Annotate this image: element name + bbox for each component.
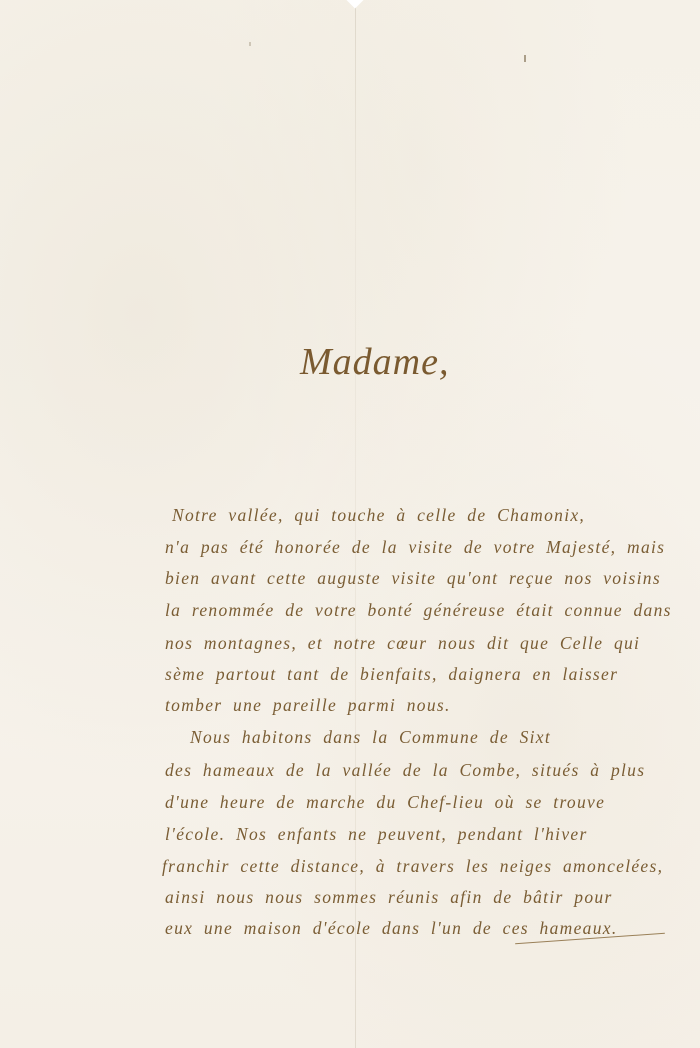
letter-line: la renommée de votre bonté généreuse éta…	[165, 600, 672, 621]
letter-line: des hameaux de la vallée de la Combe, si…	[165, 760, 645, 781]
salutation: Madame,	[300, 340, 449, 384]
letter-line: n'a pas été honorée de la visite de votr…	[165, 537, 665, 558]
letter-line: ainsi nous nous sommes réunis afin de bâ…	[165, 887, 613, 908]
letter-line: eux une maison d'école dans l'un de ces …	[165, 918, 618, 939]
letter-line: l'école. Nos enfants ne peuvent, pendant…	[165, 824, 588, 845]
letter-line: nos montagnes, et notre cœur nous dit qu…	[165, 633, 640, 654]
letter-line: franchir cette distance, à travers les n…	[162, 856, 663, 877]
letter-line: tomber une pareille parmi nous.	[165, 695, 451, 716]
letter-body: Madame, Notre vallée, qui touche à celle…	[0, 0, 700, 1048]
letter-line: Nous habitons dans la Commune de Sixt	[190, 727, 551, 748]
letter-line: bien avant cette auguste visite qu'ont r…	[165, 568, 661, 589]
letter-line: d'une heure de marche du Chef-lieu où se…	[165, 792, 605, 813]
letter-line: sème partout tant de bienfaits, daignera…	[165, 664, 618, 685]
letter-line: Notre vallée, qui touche à celle de Cham…	[172, 505, 585, 526]
